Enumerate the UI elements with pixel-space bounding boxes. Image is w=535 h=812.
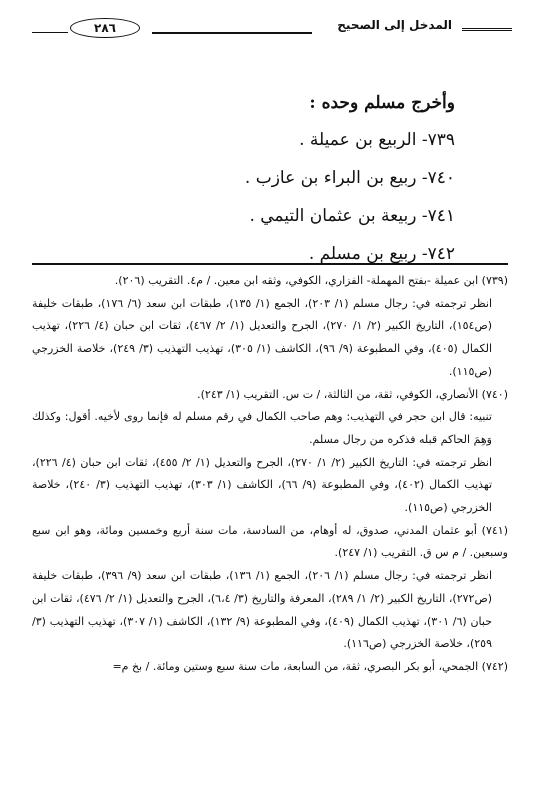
list-item: ٧٣٩- الربيع بن عميلة . [95, 122, 455, 160]
footnote-740-references: انظر ترجمته في: التاريخ الكبير (٢/ ١/ ٢٧… [32, 452, 508, 520]
footnote-739: (٧٣٩) ابن عميلة -بفتح المهملة- الفزاري، … [32, 270, 508, 293]
footnote-740-note: تنبيه: قال ابن حجر في التهذيب: وهم صاحب … [32, 406, 508, 451]
header-rule-left [32, 32, 68, 33]
footnote-740: (٧٤٠) الأنصاري، الكوفي، ثقة، من الثالثة،… [32, 384, 508, 407]
header-rule-middle [152, 32, 312, 34]
page-number: ٢٨٦ [70, 18, 140, 38]
footnote-742: (٧٤٢) الجمحي، أبو بكر البصري، ثقة، من ال… [32, 656, 508, 679]
header-rule-right [462, 28, 512, 31]
footnote-741: (٧٤١) أبو عثمان المدني، صدوق، له أوهام، … [32, 520, 508, 565]
narrator-list: وأخرج مسلم وحده : ٧٣٩- الربيع بن عميلة .… [95, 88, 455, 274]
page-header: المدخل إلى الصحيح ٢٨٦ [32, 18, 512, 38]
footnote-739-references: انظر ترجمته في: رجال مسلم (١/ ٢٠٣)، الجم… [32, 293, 508, 384]
list-item: ٧٤٢- ربيع بن مسلم . [95, 236, 455, 274]
list-item: ٧٤١- ربيعة بن عثمان التيمي . [95, 198, 455, 236]
footnotes: (٧٣٩) ابن عميلة -بفتح المهملة- الفزاري، … [32, 270, 508, 679]
footnote-separator [32, 263, 508, 265]
footnote-741-references: انظر ترجمته في: رجال مسلم (١/ ٢٠٦)، الجم… [32, 565, 508, 656]
list-item: ٧٤٠- ربيع بن البراء بن عازب . [95, 160, 455, 198]
running-title: المدخل إلى الصحيح [337, 18, 452, 32]
list-heading: وأخرج مسلم وحده : [95, 88, 455, 122]
